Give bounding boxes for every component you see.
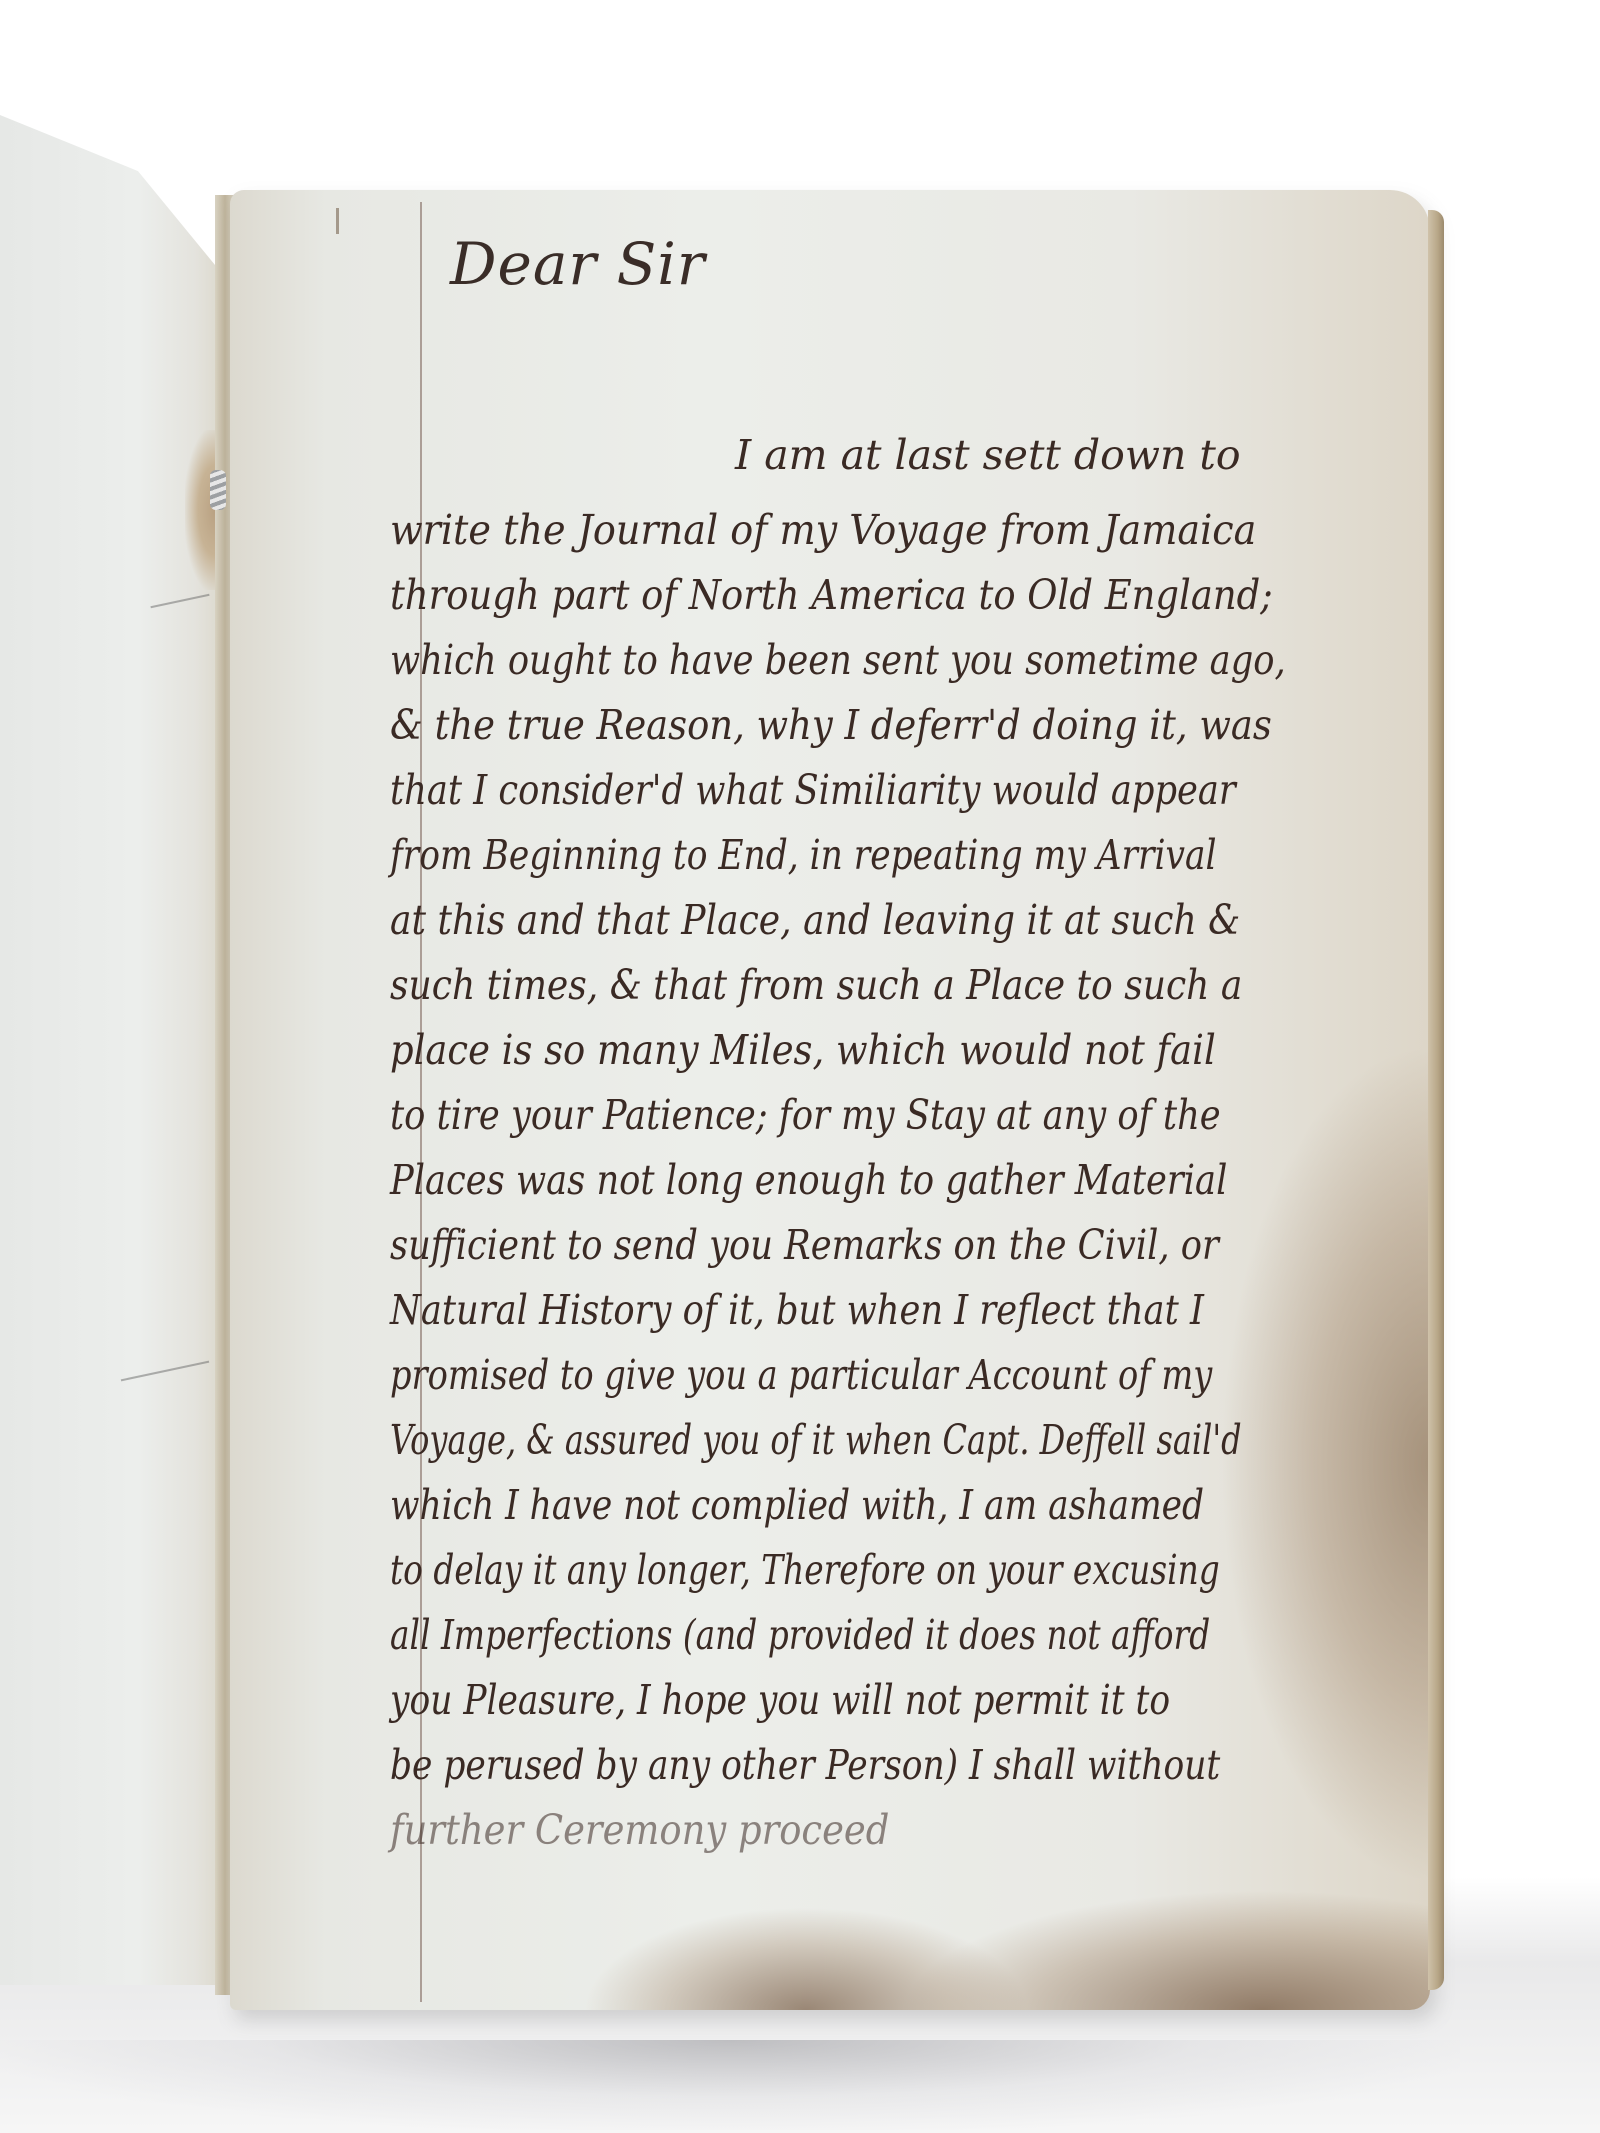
- letter-line: at this and that Place, and leaving it a…: [390, 900, 1240, 941]
- letter-line: to delay it any longer, Therefore on you…: [390, 1550, 1220, 1591]
- letter-line: you Pleasure, I hope you will not permit…: [390, 1680, 1170, 1721]
- letter-salutation: Dear Sir: [450, 230, 706, 298]
- letter-line: I am at last sett down to: [735, 435, 1241, 476]
- letter-line: such times, & that from such a Place to …: [390, 965, 1242, 1006]
- letter-line: Natural History of it, but when I reflec…: [390, 1290, 1204, 1331]
- letter-line: be perused by any other Person) I shall …: [390, 1745, 1220, 1786]
- left-page-verso: [0, 115, 230, 1985]
- letter-line: which I have not complied with, I am ash…: [390, 1485, 1204, 1526]
- letter-line: further Ceremony proceed: [390, 1810, 889, 1851]
- letter-line: through part of North America to Old Eng…: [390, 575, 1273, 616]
- letter-line: promised to give you a particular Accoun…: [390, 1355, 1212, 1396]
- letter-line: Voyage, & assured you of it when Capt. D…: [390, 1420, 1242, 1461]
- photograph-scene: Dear Sir I am at last sett down to write…: [0, 0, 1600, 2133]
- letter-line: that I consider'd what Similiarity would…: [390, 770, 1236, 811]
- letter-line: place is so many Miles, which would not …: [390, 1030, 1216, 1071]
- binding-thread: [210, 470, 226, 510]
- page-block-edge: [1428, 210, 1444, 1990]
- letter-line: & the true Reason, why I deferr'd doing …: [390, 705, 1272, 746]
- letter-line: all Imperfections (and provided it does …: [390, 1615, 1210, 1656]
- letter-line: write the Journal of my Voyage from Jama…: [390, 510, 1256, 551]
- letter-line: from Beginning to End, in repeating my A…: [390, 835, 1216, 876]
- letter-line: to tire your Patience; for my Stay at an…: [390, 1095, 1221, 1136]
- letter-line: sufficient to send you Remarks on the Ci…: [390, 1225, 1219, 1266]
- letter-line: which ought to have been sent you someti…: [390, 640, 1286, 681]
- ink-mark: [336, 208, 339, 234]
- drop-shadow: [0, 2040, 1460, 2130]
- letter-line: Places was not long enough to gather Mat…: [390, 1160, 1227, 1201]
